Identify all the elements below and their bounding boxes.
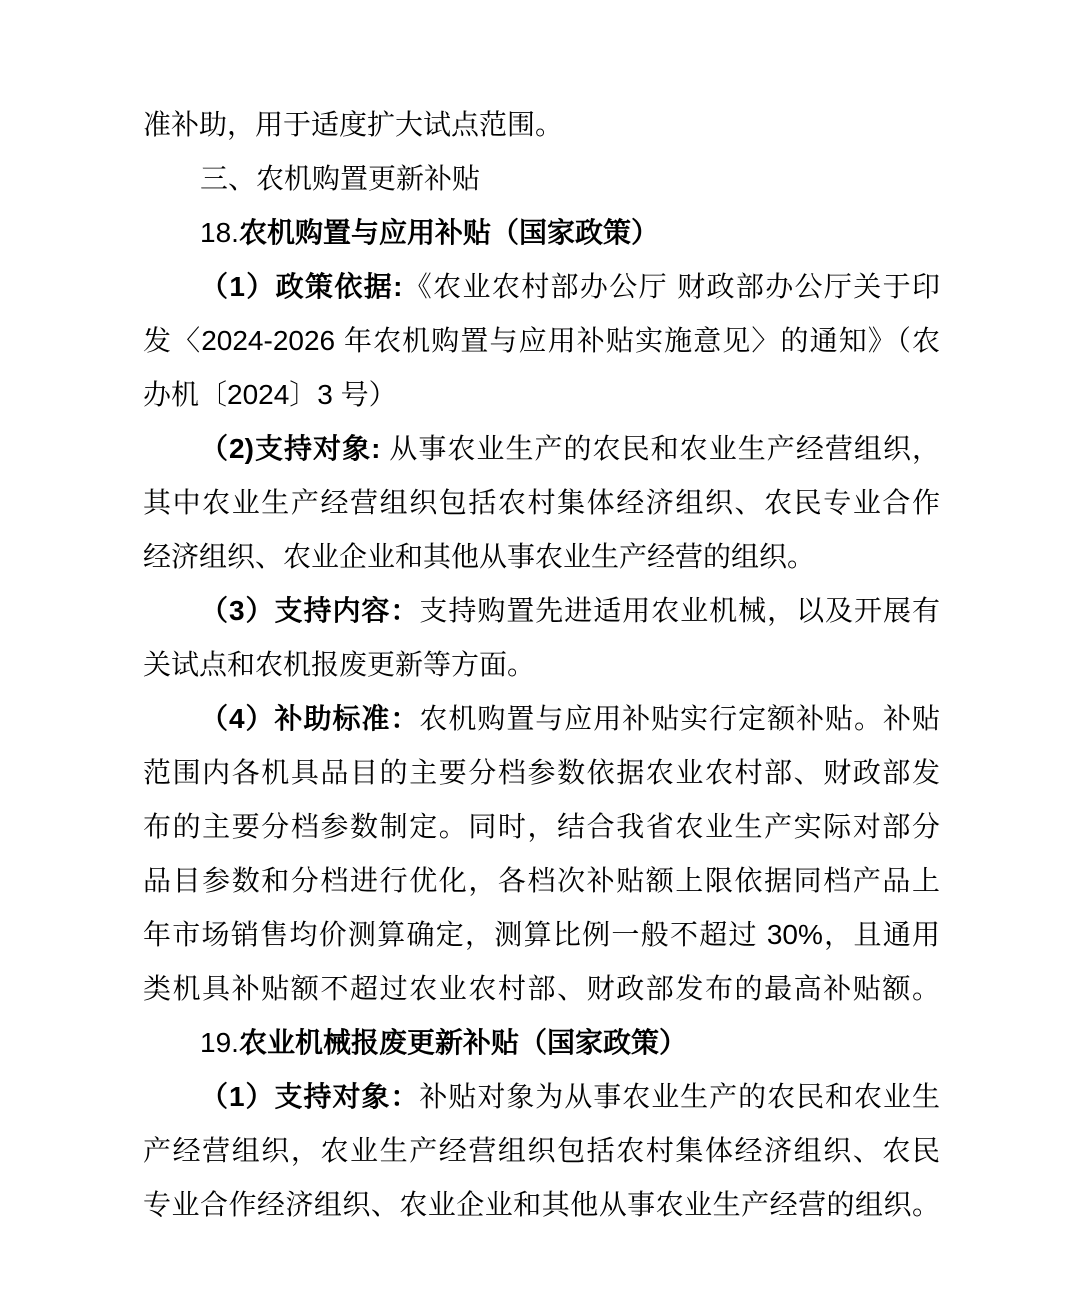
text-line: 发〈2024-2026 年农机购置与应用补贴实施意见〉的通知》（农 <box>143 314 940 368</box>
text-segment-bold: 农业机械报废更新补贴（国家政策） <box>239 1027 687 1058</box>
text-segment: 品目参数和分档进行优化，各档次补贴额上限依据同档产品上 <box>143 865 940 896</box>
text-line: 年市场销售均价测算确定，测算比例一般不超过 30%，且通用 <box>143 908 940 962</box>
text-line: 其中农业生产经营组织包括农村集体经济组织、农民专业合作 <box>143 476 940 530</box>
text-segment-bold: （4）补助标准： <box>200 703 419 734</box>
text-segment: 准补助，用于适度扩大试点范围。 <box>143 109 563 140</box>
text-segment-bold: （1）支持对象： <box>200 1081 419 1112</box>
text-line: 三、农机购置更新补贴 <box>143 152 940 206</box>
text-line: 布的主要分档参数制定。同时，结合我省农业生产实际对部分 <box>143 800 940 854</box>
text-line: 准补助，用于适度扩大试点范围。 <box>143 98 940 152</box>
text-line: 范围内各机具品目的主要分档参数依据农业农村部、财政部发 <box>143 746 940 800</box>
text-segment: 19. <box>200 1027 239 1058</box>
text-line: 关试点和农机报废更新等方面。 <box>143 638 940 692</box>
text-segment: 布的主要分档参数制定。同时，结合我省农业生产实际对部分 <box>143 811 940 842</box>
text-segment: 三、农机购置更新补贴 <box>200 163 480 194</box>
text-segment-bold: （2)支持对象: <box>200 433 380 464</box>
text-line: 类机具补贴额不超过农业农村部、财政部发布的最高补贴额。 <box>143 962 940 1016</box>
text-line: 经济组织、农业企业和其他从事农业生产经营的组织。 <box>143 530 940 584</box>
document-content: 准补助，用于适度扩大试点范围。三、农机购置更新补贴18.农机购置与应用补贴（国家… <box>143 98 940 1232</box>
text-segment: 类机具补贴额不超过农业农村部、财政部发布的最高补贴额。 <box>143 973 940 1004</box>
text-line: 产经营组织，农业生产经营组织包括农村集体经济组织、农民 <box>143 1124 940 1178</box>
text-line: （1）政策依据:《农业农村部办公厅 财政部办公厅关于印 <box>143 260 940 314</box>
text-line: 品目参数和分档进行优化，各档次补贴额上限依据同档产品上 <box>143 854 940 908</box>
text-segment: 范围内各机具品目的主要分档参数依据农业农村部、财政部发 <box>143 757 940 788</box>
text-line: 19.农业机械报废更新补贴（国家政策） <box>143 1016 940 1070</box>
text-line: 专业合作经济组织、农业企业和其他从事农业生产经营的组织。 <box>143 1178 940 1232</box>
text-segment-bold: （1）政策依据: <box>200 271 402 302</box>
text-segment-bold: （3）支持内容： <box>200 595 419 626</box>
text-line: （4）补助标准：农机购置与应用补贴实行定额补贴。补贴 <box>143 692 940 746</box>
text-segment: 农机购置与应用补贴实行定额补贴。补贴 <box>419 703 940 734</box>
text-segment: 18. <box>200 217 239 248</box>
text-line: （2)支持对象: 从事农业生产的农民和农业生产经营组织， <box>143 422 940 476</box>
text-segment: 年市场销售均价测算确定，测算比例一般不超过 30%，且通用 <box>143 919 940 950</box>
text-line: 办机〔2024〕3 号） <box>143 368 940 422</box>
text-segment: 其中农业生产经营组织包括农村集体经济组织、农民专业合作 <box>143 487 940 518</box>
text-segment: 产经营组织，农业生产经营组织包括农村集体经济组织、农民 <box>143 1135 940 1166</box>
text-segment: 专业合作经济组织、农业企业和其他从事农业生产经营的组织。 <box>143 1189 940 1220</box>
document-page: 准补助，用于适度扩大试点范围。三、农机购置更新补贴18.农机购置与应用补贴（国家… <box>0 0 1068 1296</box>
text-segment: 从事农业生产的农民和农业生产经营组织， <box>380 433 940 464</box>
text-line: 18.农机购置与应用补贴（国家政策） <box>143 206 940 260</box>
text-segment: 支持购置先进适用农业机械，以及开展有 <box>419 595 940 626</box>
text-segment: 办机〔2024〕3 号） <box>143 379 397 410</box>
text-line: （3）支持内容：支持购置先进适用农业机械，以及开展有 <box>143 584 940 638</box>
text-segment: 补贴对象为从事农业生产的农民和农业生 <box>419 1081 940 1112</box>
text-segment: 发〈2024-2026 年农机购置与应用补贴实施意见〉的通知》（农 <box>143 325 940 356</box>
text-line: （1）支持对象：补贴对象为从事农业生产的农民和农业生 <box>143 1070 940 1124</box>
text-segment: 经济组织、农业企业和其他从事农业生产经营的组织。 <box>143 541 815 572</box>
text-segment: 关试点和农机报废更新等方面。 <box>143 649 535 680</box>
text-segment: 《农业农村部办公厅 财政部办公厅关于印 <box>402 271 940 302</box>
text-segment-bold: 农机购置与应用补贴（国家政策） <box>239 217 659 248</box>
